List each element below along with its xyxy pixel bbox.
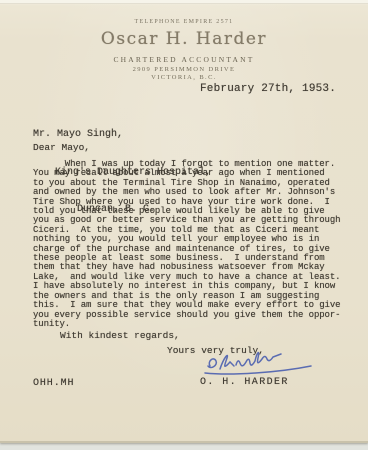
reference-initials: OHH.MH xyxy=(33,378,74,389)
scanned-letter: TELEPHONE EMPIRE 2571 Oscar H. Harder CH… xyxy=(0,0,368,450)
paper-top-edge xyxy=(0,0,368,4)
letterhead-telephone: TELEPHONE EMPIRE 2571 xyxy=(0,19,368,25)
letterhead-street-address: 2909 PERSIMMON DRIVE xyxy=(0,66,368,73)
salutation: Dear Mayo, xyxy=(33,142,90,153)
letterhead-title: CHARTERED ACCOUNTANT xyxy=(0,55,368,64)
closing-regards: With kindest regards, xyxy=(60,330,180,341)
letterhead-city: VICTORIA, B.C. xyxy=(0,74,368,81)
letter-body: When I was up today I forgot to mention … xyxy=(33,160,340,329)
paper-bottom-edge-shadow xyxy=(0,441,368,443)
recipient-name: Mr. Mayo Singh, xyxy=(33,129,211,142)
handwritten-signature xyxy=(203,349,315,379)
letter-paper: TELEPHONE EMPIRE 2571 Oscar H. Harder CH… xyxy=(0,0,368,443)
typed-signature-name: O. H. HARDER xyxy=(200,377,289,388)
letterhead-name: Oscar H. Harder xyxy=(0,29,368,49)
letter-date: February 27th, 1953. xyxy=(200,83,336,95)
